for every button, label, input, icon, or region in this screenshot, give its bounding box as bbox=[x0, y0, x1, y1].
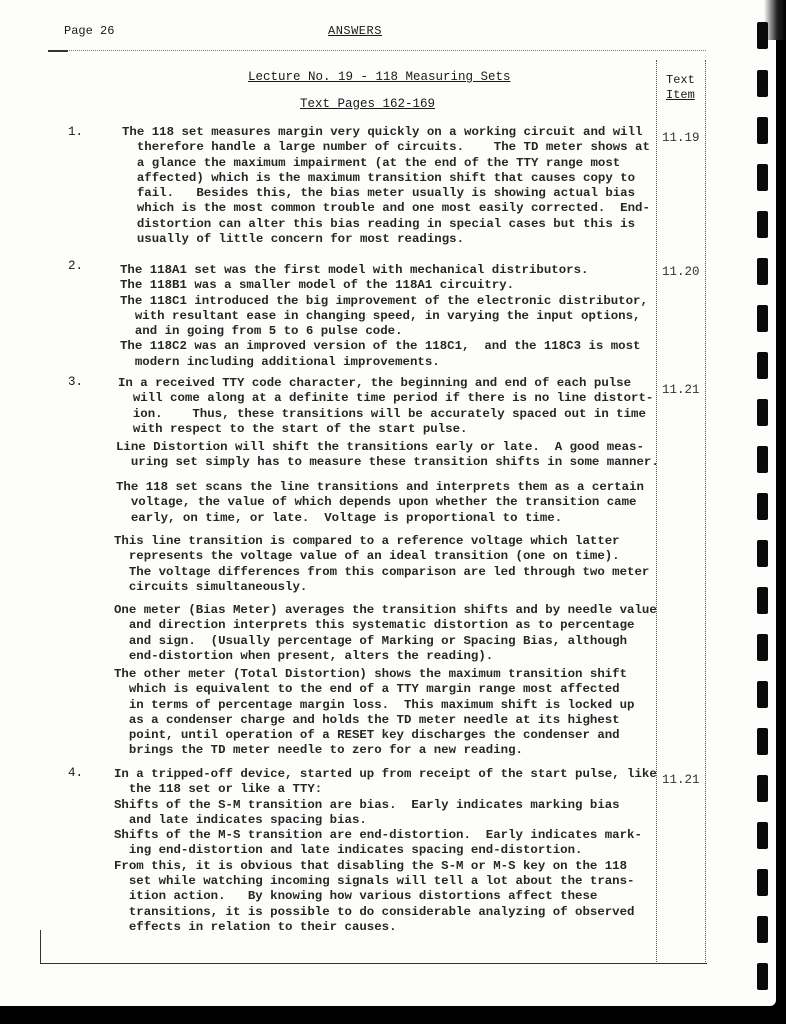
binder-hole bbox=[757, 634, 768, 661]
lecture-title: Lecture No. 19 - 118 Measuring Sets bbox=[248, 70, 511, 84]
binder-hole bbox=[757, 352, 768, 379]
text-pages-heading: Text Pages 162-169 bbox=[300, 97, 435, 111]
answer-paragraph: The other meter (Total Distortion) shows… bbox=[114, 667, 635, 759]
section-title: ANSWERS bbox=[328, 24, 382, 38]
binder-hole bbox=[757, 587, 768, 614]
binder-hole bbox=[757, 681, 768, 708]
binder-hole bbox=[757, 258, 768, 285]
binder-hole bbox=[757, 305, 768, 332]
answer-paragraph: Line Distortion will shift the transitio… bbox=[116, 440, 659, 471]
ref-column-header: Text Item bbox=[666, 73, 695, 103]
binder-hole bbox=[757, 446, 768, 473]
binder-hole bbox=[757, 399, 768, 426]
binder-hole bbox=[757, 164, 768, 191]
binder-hole bbox=[757, 728, 768, 755]
item-ref: 11.20 bbox=[662, 265, 700, 279]
binder-hole bbox=[757, 540, 768, 567]
frame-left-border bbox=[40, 930, 41, 964]
answer-paragraph: One meter (Bias Meter) averages the tran… bbox=[114, 603, 657, 664]
item-ref: 11.21 bbox=[662, 383, 700, 397]
binder-hole bbox=[757, 117, 768, 144]
answer-paragraph: In a tripped-off device, started up from… bbox=[114, 767, 657, 935]
binder-hole bbox=[757, 869, 768, 896]
binder-hole bbox=[757, 22, 768, 49]
item-number: 4. bbox=[68, 766, 83, 780]
item-ref: 11.21 bbox=[662, 773, 700, 787]
answer-paragraph: The 118A1 set was the first model with m… bbox=[120, 263, 648, 370]
ref-column-header-line1: Text bbox=[666, 73, 695, 88]
item-ref: 11.19 bbox=[662, 131, 700, 145]
binder-hole bbox=[757, 70, 768, 97]
answer-paragraph: This line transition is compared to a re… bbox=[114, 534, 649, 595]
binder-hole bbox=[757, 211, 768, 238]
binder-hole bbox=[757, 822, 768, 849]
ref-column-header-line2: Item bbox=[666, 88, 695, 103]
binder-hole bbox=[757, 775, 768, 802]
frame-bottom-border bbox=[40, 963, 707, 964]
answer-paragraph: The 118 set scans the line transitions a… bbox=[116, 480, 644, 526]
answer-paragraph: The 118 set measures margin very quickly… bbox=[122, 125, 650, 247]
binder-hole bbox=[757, 963, 768, 990]
answer-paragraph: In a received TTY code character, the be… bbox=[118, 376, 653, 437]
item-number: 1. bbox=[68, 125, 83, 139]
binder-hole bbox=[757, 493, 768, 520]
page-number: Page 26 bbox=[64, 24, 114, 38]
document-page: Page 26 ANSWERS Lecture No. 19 - 118 Mea… bbox=[0, 0, 776, 1006]
item-number: 3. bbox=[68, 375, 83, 389]
item-number: 2. bbox=[68, 259, 83, 273]
binder-hole bbox=[757, 916, 768, 943]
top-rule bbox=[48, 50, 706, 51]
ref-column-right-border bbox=[705, 60, 706, 964]
